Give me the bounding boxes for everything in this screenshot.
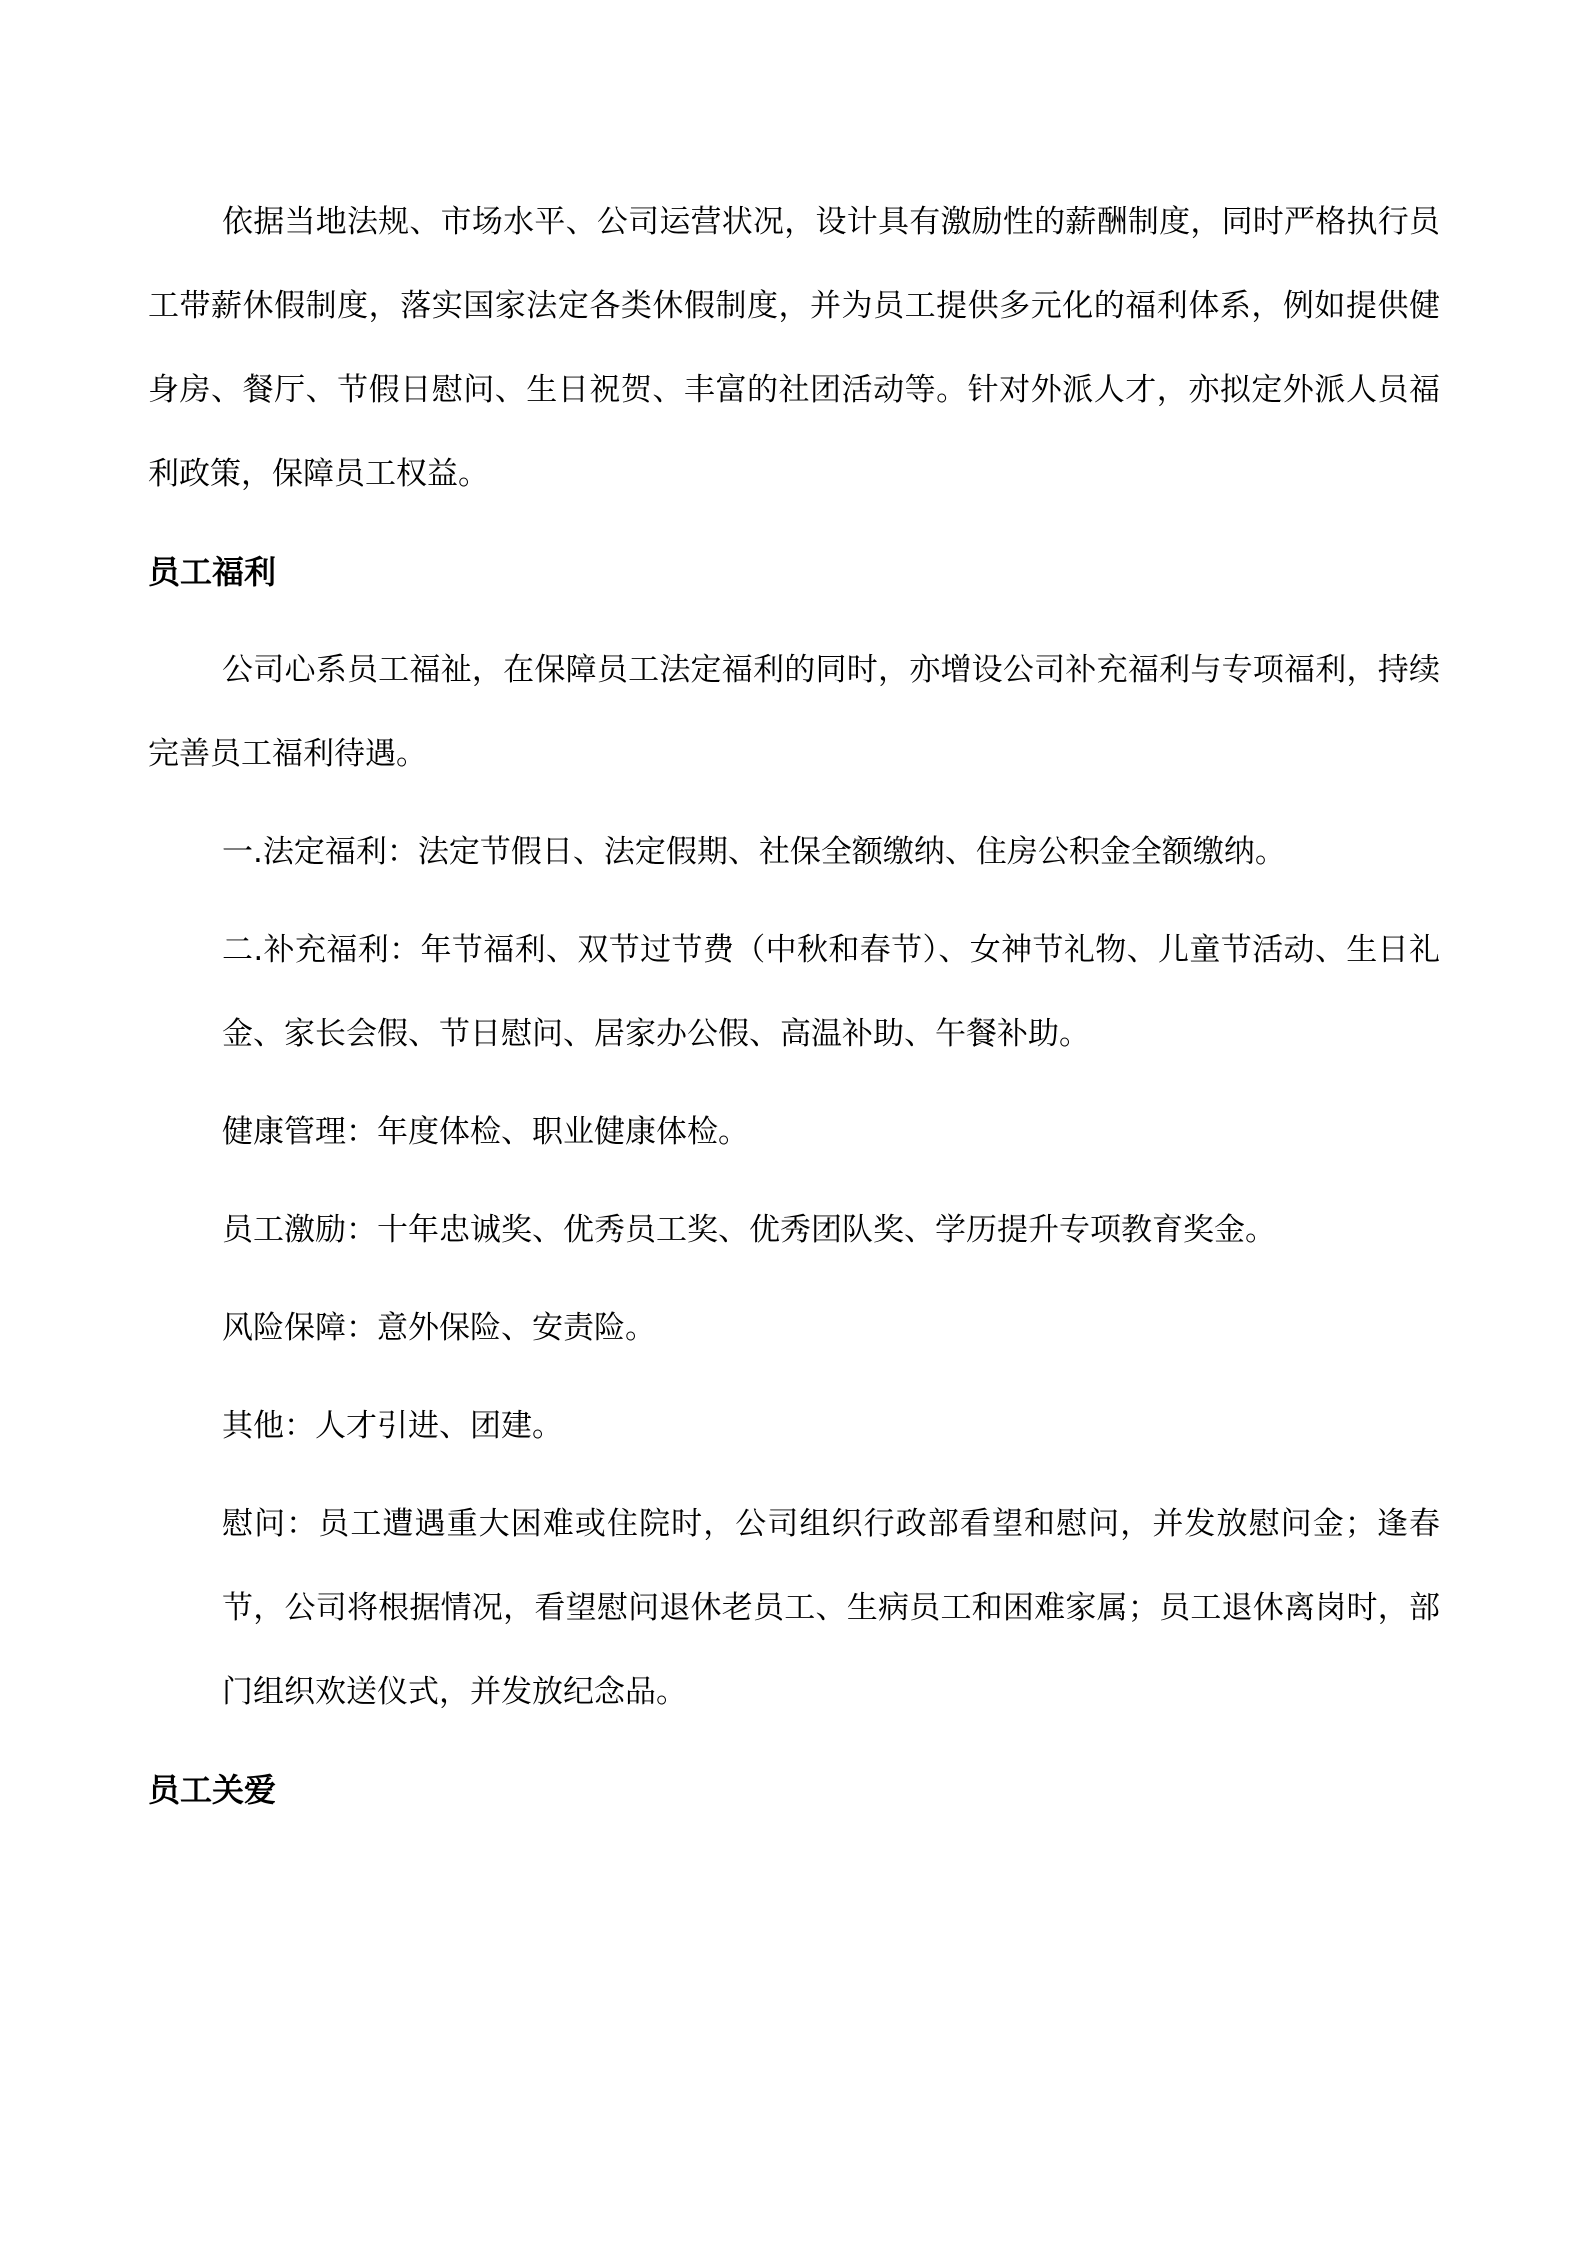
list-item-condolence: 慰问：员工遭遇重大困难或住院时，公司组织行政部看望和慰问，并发放慰问金；逢春节，… [222,1482,1440,1734]
section-heading-employee-care: 员工关爱 [148,1748,1440,1832]
paragraph-compensation-policy: 依据当地法规、市场水平、公司运营状况，设计具有激励性的薪酬制度，同时严格执行员工… [148,180,1440,516]
list-item-supplementary-benefits: 二.补充福利：年节福利、双节过节费（中秋和春节）、女神节礼物、儿童节活动、生日礼… [222,908,1440,1076]
document-page: 依据当地法规、市场水平、公司运营状况，设计具有激励性的薪酬制度，同时严格执行员工… [0,0,1587,2245]
list-item-others: 其他：人才引进、团建。 [222,1384,1440,1468]
paragraph-benefits-intro: 公司心系员工福祉，在保障员工法定福利的同时，亦增设公司补充福利与专项福利，持续完… [148,628,1440,796]
list-item-risk-protection: 风险保障：意外保险、安责险。 [222,1286,1440,1370]
list-item-health-management: 健康管理：年度体检、职业健康体检。 [222,1090,1440,1174]
section-heading-employee-benefits: 员工福利 [148,530,1440,614]
list-item-employee-incentives: 员工激励：十年忠诚奖、优秀员工奖、优秀团队奖、学历提升专项教育奖金。 [222,1188,1440,1272]
list-item-statutory-benefits: 一.法定福利：法定节假日、法定假期、社保全额缴纳、住房公积金全额缴纳。 [222,810,1440,894]
